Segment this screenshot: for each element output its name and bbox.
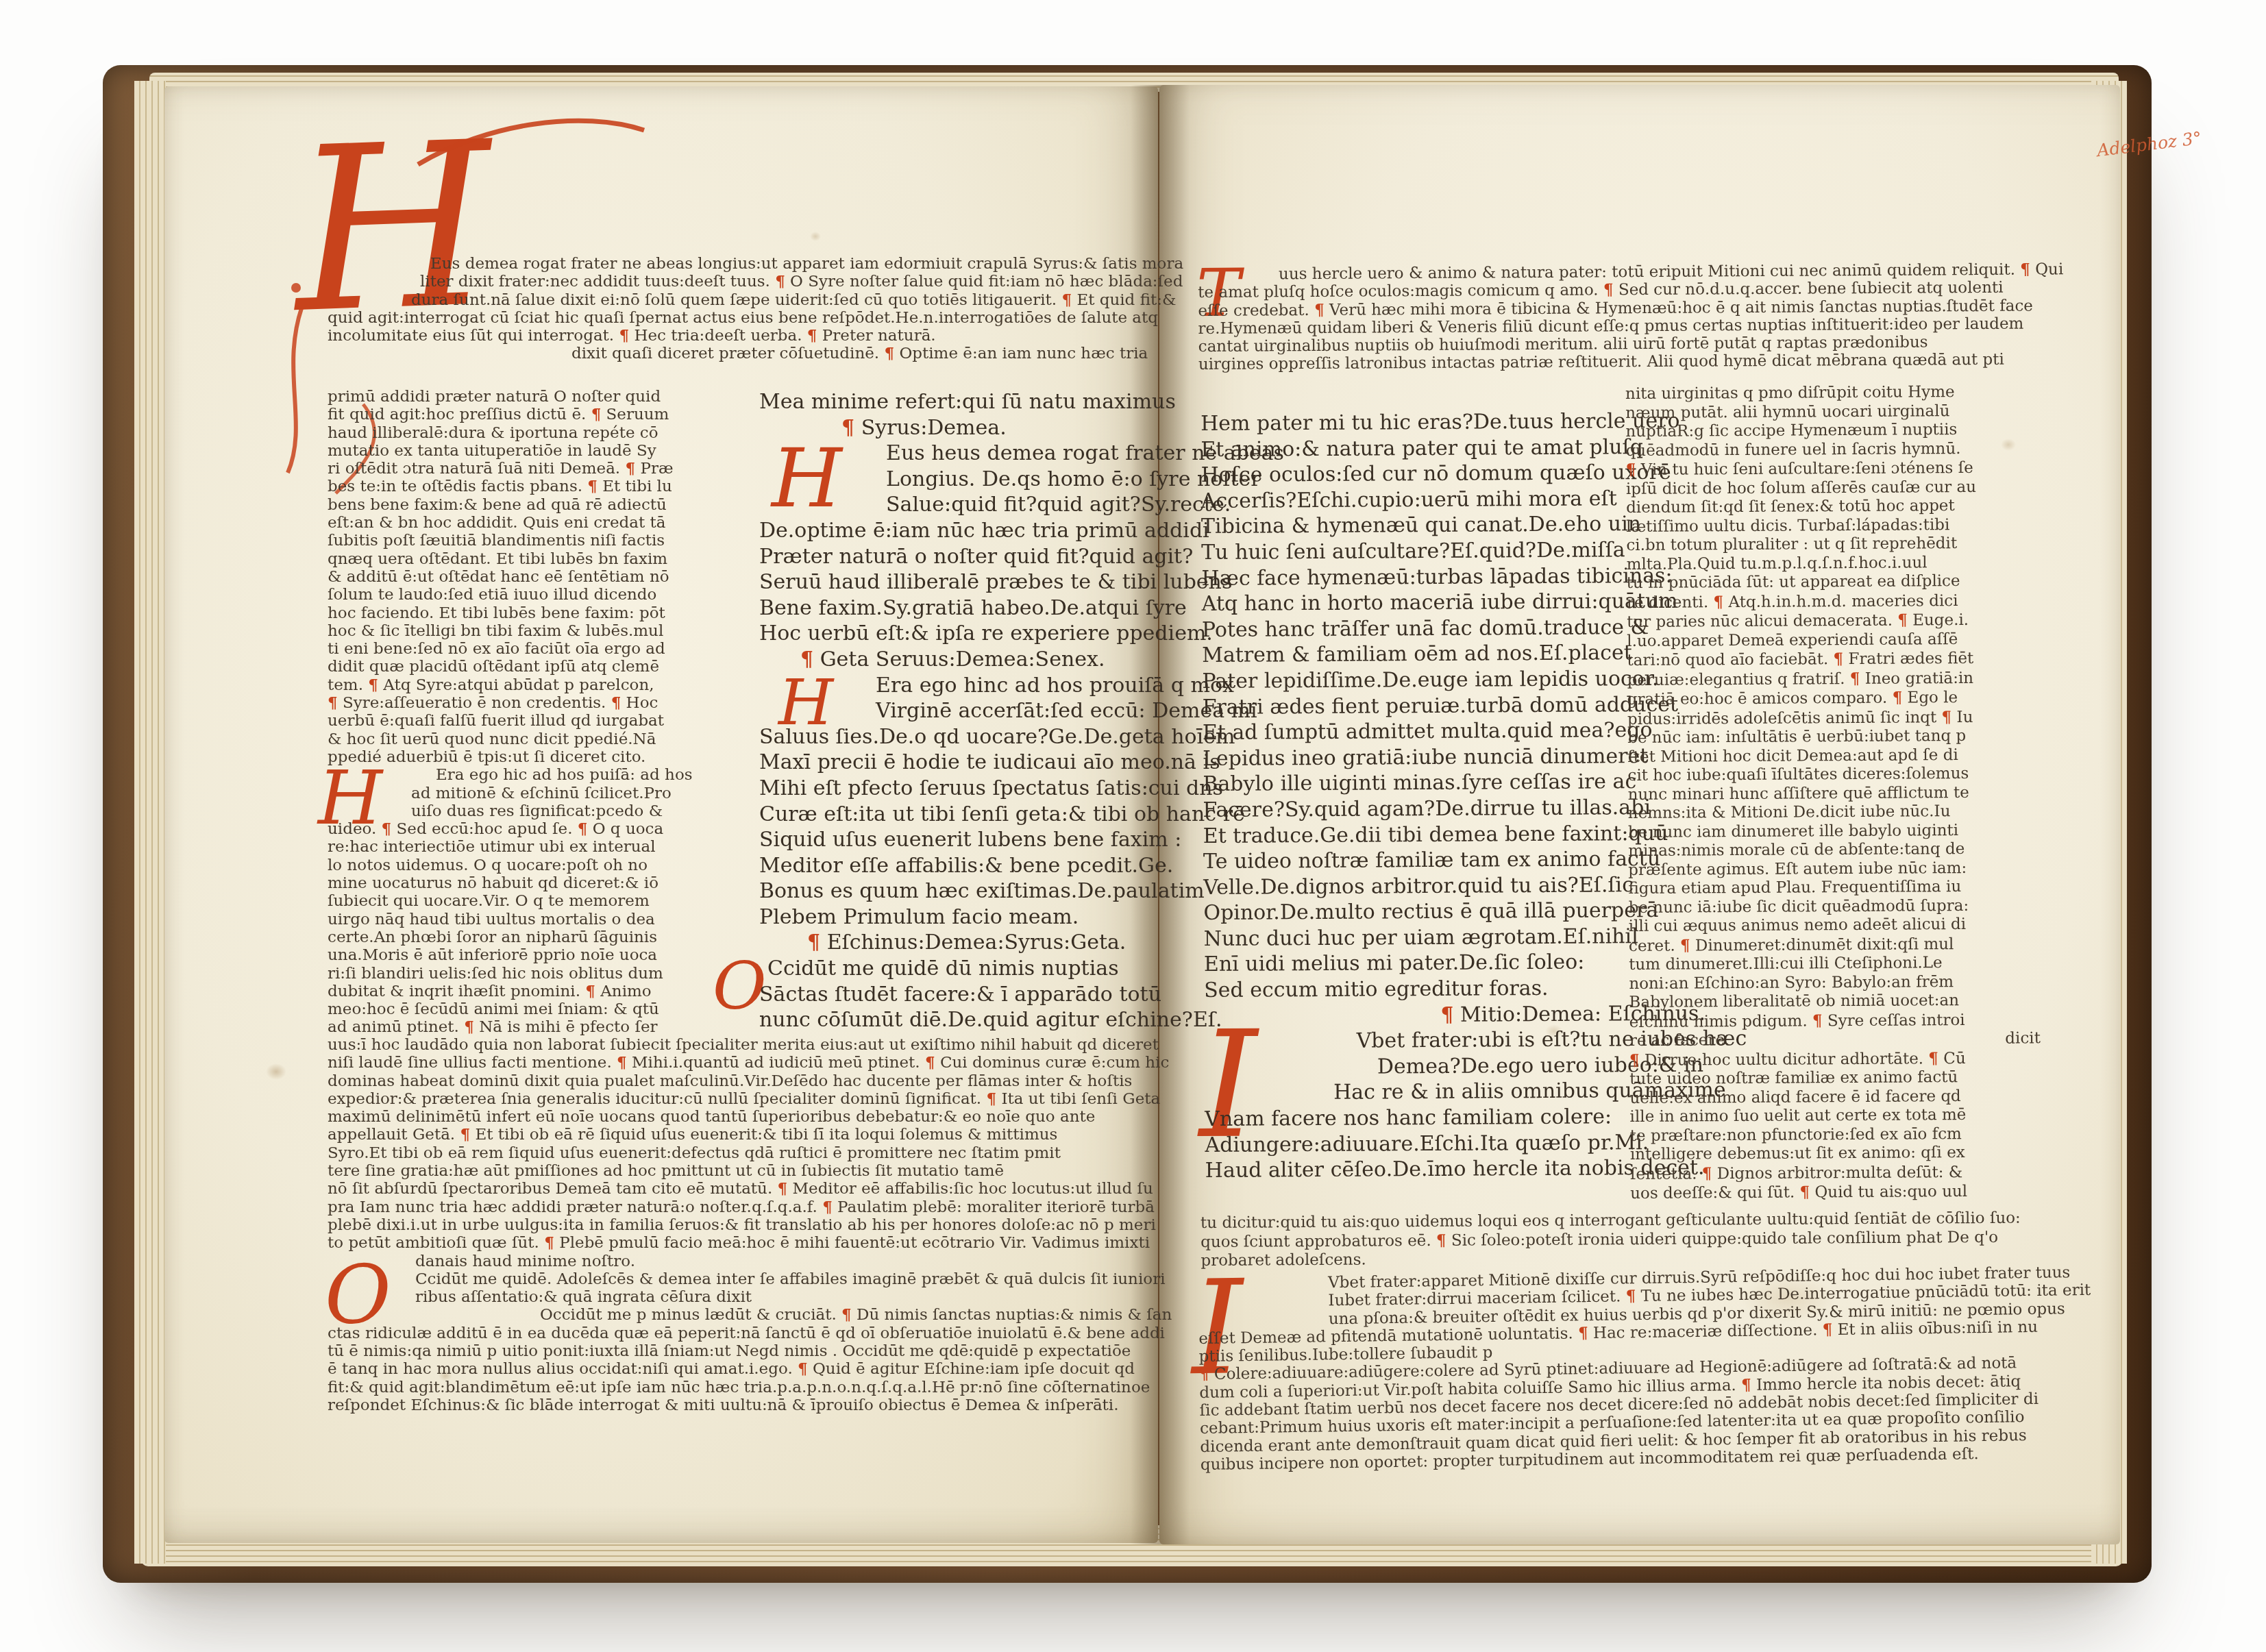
right-inter-commentary: tu dicitur:quid tu ais:quo uidemus loqui… — [1200, 1209, 2036, 1270]
text-line: uos deeſſe:& qui ſūt. ¶ Quid tu ais:quo … — [1630, 1181, 2041, 1203]
text-line: Era ego hinc ad hos prouiſā q moxH — [759, 673, 1155, 699]
text-line: tu in pnūciāda ſūt: ut appareat ea diſpl… — [1627, 571, 2038, 593]
text-line: appellauit Getā. ¶ Et tibi ob eā rē ſiqu… — [328, 1126, 1150, 1144]
foxing-spot — [266, 1063, 286, 1080]
text-line: Matrem & familiam oēm ad nos.Eſ.placet — [1202, 641, 1620, 669]
text-line: be nunc iā:iube ſic dicit quēadmodū ſupr… — [1629, 896, 2040, 917]
text-line: intelligere debemus:ut ſit ex animo: qſi… — [1630, 1143, 2041, 1164]
text-line: Fratri ædes fient peruiæ.turbā domū addu… — [1203, 692, 1621, 720]
text-line: Hæc face hymenæū:turbas lāpadas tibicina… — [1201, 563, 1619, 591]
pilcrow-rubric: ¶ — [778, 1179, 788, 1198]
text-line: Lepidus ineo gratiā:iube nunciā dinumere… — [1203, 743, 1621, 772]
text-line: Pater lepidiſſime.De.euge iam lepidis uo… — [1202, 666, 1620, 694]
text-line: Meditor eſſe affabilis:& bene pcedit.Ge. — [759, 853, 1155, 879]
right-commentary-column: nita uirginitas q pmo diſrūpit coitu Hym… — [1625, 382, 2041, 1203]
text-line: bens bene faxim:& bene ad quā rē adiectū — [328, 496, 751, 514]
text-line: didit quæ placidū oſtēdant ipſū atq clem… — [328, 658, 751, 676]
text-line: Era ego hic ad hos puiſā: ad hosH — [328, 766, 751, 784]
text-line: Atq hanc in horto maceriā iube dirrui:qu… — [1202, 589, 1620, 617]
text-line: Hoſce oculos:ſed cur nō domum quæſo uxor… — [1200, 460, 1618, 488]
text-line: bes te:in te oſtēdis factis pbans. ¶ Et … — [328, 478, 751, 495]
text-line: tere ſine gratia:hæ aūt pmiſſiones ad ho… — [328, 1162, 1150, 1180]
pilcrow-rubric: ¶ — [1893, 689, 1903, 707]
text-line: illi cui æquus animus nemo adeēt alicui … — [1629, 915, 2040, 936]
text-line: Plebem Primulum facio meam. — [759, 904, 1155, 930]
text-line: hoc faciendo. Et tibi lubēs bene faxim: … — [328, 604, 751, 622]
text-line: to petūt ambitioſi quæ ſūt. ¶ Plebē pmul… — [328, 1234, 1150, 1252]
text-line: dubitat & inqrit ihæſit pnomini. ¶ Animo — [328, 983, 751, 1000]
text-line: dicitre ac facere. — [1629, 1029, 2041, 1050]
text-line: uus:ī hoc laudādo quia non laborat ſubie… — [328, 1036, 1150, 1054]
text-line: Hem pater mi tu hic eras?De.tuus hercle … — [1200, 408, 1618, 436]
text-line: Curæ eſt:ita ut tibi ſenſi geta:& tibi o… — [759, 802, 1155, 828]
text-line: quēadmodū in funere uel in ſacris hymnū. — [1626, 439, 2037, 460]
text-line: figura etiam apud Plau. Frequentiſſima i… — [1628, 877, 2039, 898]
text-line: certe.An phœbi ſoror an nipharū ſāguinis — [328, 928, 751, 946]
text-line: tū ē nimis:qa nimiū p uitio ponit:iuxta … — [328, 1342, 1150, 1360]
pilcrow-rubric: ¶ — [617, 1053, 627, 1072]
pilcrow-rubric: ¶ — [1928, 1049, 1938, 1068]
text-line: noni:an Eſchino:an Syro: Babylo:an frēm — [1629, 972, 2040, 994]
left-commentary-column: primū addidi præter naturā O noſter quid… — [328, 388, 751, 1037]
text-line: tum dinumeret.Illi:cui illi Cteſiphoni.L… — [1629, 953, 2040, 974]
text-line: maximū delinimētū infert eū noīe uocans … — [328, 1108, 1150, 1126]
pilcrow-rubric: ¶ — [1436, 1231, 1446, 1250]
text-line: ſentētia. ¶ Dignos arbitror:multa deſūt:… — [1630, 1162, 2041, 1184]
pilcrow-rubric: ¶ — [1578, 1324, 1588, 1342]
text-line: eſchinú nimis pdigum. ¶ Syre ceſſas intr… — [1629, 1010, 2041, 1032]
text-line: be nunc iam dinumeret ille babylo uigint… — [1628, 821, 2039, 842]
pilcrow-rubric: ¶ — [611, 693, 621, 712]
pilcrow-rubric: ¶ — [841, 416, 854, 440]
text-line: tari:nō quod aīo faciebāt. ¶ Fratri ædes… — [1627, 648, 2038, 670]
text-line: tem. ¶ Atq Syre:atqui abūdat p parelcon, — [328, 676, 751, 694]
text-line: Vnam facere nos hanc familiam colere: — [1205, 1104, 1623, 1132]
pilcrow-rubric: ¶ — [1629, 1050, 1640, 1069]
text-line: quid agit:interrogat cū ſciat hic quaſi … — [328, 309, 1150, 327]
text-line: ſubitis poſt ſæuitiā blandimentis niſi f… — [328, 532, 751, 550]
text-line: Enī uidi melius mi pater.De.ſic ſoleo: — [1204, 950, 1622, 978]
text-line: hoc & ſic ītelligi bn tibi faxim & lubēs… — [328, 622, 751, 640]
text-line: haud illiberalē:dura & iportuna repéte c… — [328, 424, 751, 442]
pilcrow-rubric: ¶ — [1822, 1320, 1832, 1339]
text-line: cit hoc iube:quaſi īſultātes diceres:ſol… — [1627, 764, 2039, 785]
text-line: uirgo nāq haud tibi uultus mortalis o de… — [328, 911, 751, 928]
text-line: Tu huic ſeni auſcultare?Eſ.quid?De.miſſa — [1201, 537, 1619, 565]
text-line: nō ſit abſurdū ſpectaroribus Demeā tam c… — [328, 1180, 1150, 1198]
text-line: ſtet Mitioni hoc dicit Demea:aut apd ſe … — [1627, 745, 2039, 767]
text-line: Hoc uerbū eſt:& ipſa re experiere ppedie… — [759, 621, 1155, 647]
text-line: meo:hoc ē ſecūdū animi mei ſniam: & qtū — [328, 1000, 751, 1018]
text-line: Eus heus demea rogat frater ne abeasH — [759, 441, 1155, 467]
pilcrow-rubric: ¶ — [1314, 300, 1325, 319]
text-line: ¶ Mitio:Demea: Eſchinus. — [1204, 1001, 1622, 1029]
text-line: dixit quaſi diceret præter cōſuetudinē. … — [328, 345, 1150, 362]
text-line: Saluus ſies.De.o qd uocare?Ge.De.geta ho… — [759, 724, 1155, 750]
text-line: tute uideo noſtræ familiæ ex animo factū — [1629, 1068, 2041, 1089]
text-line: Ccidūt me quidē dū nimis nuptiasO — [759, 956, 1155, 982]
pilcrow-rubric: ¶ — [884, 344, 894, 362]
pilcrow-rubric: ¶ — [619, 326, 630, 345]
text-line: reſpondet Eſchinus:& ſic blāde interroga… — [328, 1396, 1150, 1414]
foxing-spot — [810, 232, 821, 241]
pilcrow-rubric: ¶ — [2020, 260, 2030, 279]
text-line: & hoc ſit uerū quod nunc dicit ppedié.Nā — [328, 730, 751, 748]
text-line: Nunc duci huc per uiam ægrotam.Eſ.nihil — [1204, 924, 1622, 952]
text-line: ti eni bene:ſed nō ex aīo faciūt oīa erg… — [328, 640, 751, 658]
pilcrow-rubric: ¶ — [775, 272, 785, 291]
text-line: Accerſis?Eſchi.cupio:uerū mihi mora eſt — [1201, 486, 1619, 514]
text-line: Potes hanc trāſfer unā fac domū.traduce … — [1202, 615, 1620, 643]
left-intro-commentary: Eus demea rogat frater ne abeas longius:… — [328, 255, 1150, 363]
text-line: fit:& quid agit:blandimētum eē:ut ipſe i… — [328, 1379, 1150, 1396]
pilcrow-rubric: ¶ — [807, 930, 820, 954]
text-line: lætiſſimo uultu dicis. Turbaſ:lápadas:ti… — [1626, 515, 2037, 537]
text-line: tur paries nūc alicui demacerata. ¶ Euge… — [1627, 610, 2038, 632]
text-line: nunc minari hunc aſſiſtere quē afflictum… — [1628, 783, 2039, 804]
text-line: Haud aliter cēſeo.De.īmo hercle ita nobi… — [1205, 1155, 1623, 1183]
pilcrow-rubric: ¶ — [1626, 460, 1636, 479]
text-line: ſubiecit qui uocare.Vir. O q te memorem — [328, 892, 751, 910]
text-line: Sed eccum mitio egreditur foras. — [1204, 975, 1622, 1003]
text-line: uiſo duas res ſignificat:pcedo & — [328, 802, 751, 820]
pilcrow-rubric: ¶ — [822, 1198, 833, 1216]
text-line: re dicenti. ¶ Atq.h.in.h.m.d. maceries d… — [1627, 591, 2038, 613]
text-line: mlta.Pla.Quid tu.m.p.l.q.ſ.n.f.hoc.i.uul — [1627, 553, 2038, 574]
text-line: ē tanq in hac mora nullus alius occidat:… — [328, 1360, 1150, 1378]
text-line: ipſū dicit de hoc ſolum aſſerēs cauſæ cu… — [1626, 478, 2037, 499]
text-line: Adiungere:adiuuare.Eſchi.Ita quæſo pr.Mi… — [1205, 1130, 1623, 1158]
text-line: & additū ē:ut oſtēdat hanc eē ſentētiam … — [328, 568, 751, 586]
pilcrow-rubric: ¶ — [328, 693, 338, 712]
text-line: Seruū haud illiberalē præbes te & tibi l… — [759, 569, 1155, 595]
pilcrow-rubric: ¶ — [1199, 1365, 1209, 1383]
text-line: Ccidūt me quidē. Adoleſcēs & demea inter… — [328, 1270, 1150, 1288]
text-line: ¶ Dirrue:hoc uultu dicitur adhortāte. ¶ … — [1629, 1048, 2041, 1070]
text-line: Et animo:& natura pater qui te amat pluſ… — [1200, 434, 1618, 463]
right-bottom-commentary: Vbet frater:apparet Mitionē dixiſſe cur … — [1198, 1264, 2040, 1474]
pilcrow-rubric: ¶ — [544, 1233, 554, 1252]
text-line: Eus demea rogat frater ne abeas longius:… — [328, 255, 1150, 273]
text-line: Opinor.De.multo rectius ē quā illā puerp… — [1203, 898, 1621, 926]
text-line: danais haud minime noſtro. — [328, 1253, 1150, 1270]
pilcrow-rubric: ¶ — [1061, 291, 1072, 309]
text-line: Longius. De.qs homo ē:o ſyre noſter — [759, 467, 1155, 493]
text-line: minas:nimis morale cū de abſente:tanq de — [1628, 839, 2039, 861]
pilcrow-rubric: ¶ — [1741, 1376, 1751, 1394]
pilcrow-rubric: ¶ — [1625, 1287, 1636, 1305]
text-line: Siquid uſus euenerit lubens bene faxim : — [759, 827, 1155, 853]
text-line: ci.bn totum pluraliter : ut q ſit repreh… — [1626, 534, 2037, 555]
text-line: primū addidi præter naturā O noſter quid — [328, 388, 751, 406]
text-line: Maxī precii ē hodie te iudicaui aīo meo.… — [759, 750, 1155, 776]
text-line: Virginē accerſāt:ſed eccū: Demea mi — [759, 698, 1155, 724]
rubricated-initial-O: O — [713, 953, 767, 1019]
pilcrow-rubric: ¶ — [1850, 669, 1860, 687]
text-line: Sāctas ſtudēt facere:& ī apparādo totū — [759, 982, 1155, 1008]
text-line: Syro.Et tibi ob eā rem ſiquid uſus euene… — [328, 1144, 1150, 1162]
pilcrow-rubric: ¶ — [587, 477, 598, 495]
text-line: una.Moris ē aūt inferiorē pprio noīe uoc… — [328, 946, 751, 964]
text-line: Occidūt me p minus lædūt & cruciāt. ¶ Dū… — [328, 1306, 1150, 1324]
text-line: ppedié aduerbiū ē tpis:ut ſi diceret cit… — [328, 748, 751, 766]
pilcrow-rubric: ¶ — [382, 819, 392, 838]
pilcrow-rubric: ¶ — [925, 1053, 935, 1072]
text-line: lo notos uidemus. O q uocare:poſt oh no — [328, 856, 751, 874]
text-line: ad mitionē & eſchinū ſcilicet.Pro — [328, 785, 751, 802]
text-line: Te uideo noſtræ familiæ tam ex animo fac… — [1203, 846, 1621, 874]
text-line: Salue:quid fit?quid agit?Sy.recte. — [759, 492, 1155, 518]
text-line: Vbet frater:ubi is eſt?tu ne iubes hæcI — [1205, 1027, 1623, 1055]
text-line: ¶ Vin tu huic ſeni auſcultare:ſeni ɔténe… — [1626, 458, 2037, 480]
text-line: ¶ Syre:aſſeueratio ē non credentis. ¶ Ho… — [328, 694, 751, 712]
text-line: qnæq uera oſtēdant. Et tibi lubēs bn fax… — [328, 550, 751, 568]
text-line: Mea minime refert:qui ſū natu maximus — [759, 389, 1155, 415]
text-line: be nūc iam: inſultātis ē uerbū:iubet tan… — [1627, 726, 2039, 748]
pilcrow-rubric: ¶ — [798, 1359, 808, 1378]
pilcrow-rubric: ¶ — [585, 982, 595, 1000]
pilcrow-rubric: ¶ — [1812, 1011, 1823, 1030]
page-stack-edge-left — [134, 81, 166, 1564]
text-line: De.optime ē:iam nūc hæc tria primū addid… — [759, 518, 1155, 544]
pilcrow-rubric: ¶ — [1897, 611, 1908, 629]
text-line: nemns:ita & Mitioni De.dicit iube nūc.Iu — [1628, 802, 2039, 823]
text-line: Babylonem liberalitatē ob nimiā uocet:an — [1629, 991, 2040, 1012]
text-line: dominas habeat dominū dixit quia pualet … — [328, 1072, 1150, 1090]
pilcrow-rubric: ¶ — [368, 676, 378, 694]
text-line: uelle:ex animo aliqd facere ē id facere … — [1629, 1087, 2041, 1108]
text-line: nuptiaR:g ſic accipe Hymenæum ī nuptiis — [1625, 420, 2036, 441]
text-line: Facere?Sy.quid agam?De.dirrue tu illas.a… — [1203, 795, 1621, 823]
text-line: expedior:& præterea ſnia generalis iduci… — [328, 1090, 1150, 1108]
right-play-text-column: Hem pater mi tu hic eras?De.tuus hercle … — [1200, 408, 1623, 1184]
text-line: gratiā eo:hoc ē amicos comparo. ¶ Ego le — [1627, 687, 2039, 709]
text-line: Præter naturā o noſter quid fit?quid agi… — [759, 544, 1155, 570]
text-line: nunc cōſumūt diē.De.quid agitur eſchine?… — [759, 1007, 1155, 1033]
pilcrow-rubric: ¶ — [460, 1125, 470, 1144]
text-line: Bonus es quum hæc exiſtimas.De.paulatim — [759, 878, 1155, 904]
text-line: incolumitate eius ſūt qui interrogat. ¶ … — [328, 327, 1150, 345]
text-line: uideo. ¶ Sed eccū:hoc apud ſe. ¶ O q uoc… — [328, 820, 751, 838]
text-line: liter dixit frater:nec addidit tuus:deeſ… — [328, 273, 1150, 291]
pilcrow-rubric: ¶ — [1713, 593, 1723, 611]
pilcrow-rubric: ¶ — [464, 1018, 474, 1036]
text-line: diendum ſit:qd ſit ſenex:& totū hoc appe… — [1626, 496, 2037, 517]
text-line: Mihi eſt pfecto ſeruus ſpectatus ſatis:c… — [759, 776, 1155, 802]
text-line: fit quid agit:hoc preſſius dictū ē. ¶ Se… — [328, 406, 751, 423]
text-line: plebē dixi.i.ut in urbe uulgus:ita in fa… — [328, 1216, 1150, 1234]
pilcrow-rubric: ¶ — [1941, 708, 1951, 726]
text-line: nita uirginitas q pmo diſrūpit coitu Hym… — [1625, 382, 2036, 404]
text-line: peruiæ:elegantius q fratriſ. ¶ Ineo grat… — [1627, 668, 2039, 690]
photo-of-open-incunable: Adelphoz 3° H Eus demea rogat frater ne … — [0, 0, 2266, 1652]
pilcrow-rubric: ¶ — [1603, 281, 1614, 299]
text-line: dura ſunt.nā ſalue dixit ei:nō ſolū quem… — [328, 291, 1150, 309]
text-line: Velle.De.dignos arbitror.quid tu ais?Eſ.… — [1203, 872, 1621, 900]
left-lower-commentary: uus:ī hoc laudādo quia non laborat ſubie… — [328, 1036, 1150, 1414]
pilcrow-rubric: ¶ — [1799, 1183, 1810, 1201]
pilcrow-rubric: ¶ — [578, 819, 588, 838]
text-line: præſente agimus. Eſt autem iube nūc iam: — [1628, 859, 2039, 880]
pilcrow-rubric: ¶ — [987, 1089, 997, 1108]
pilcrow-rubric: ¶ — [1702, 1164, 1712, 1183]
text-line: ſolum te laudo:ſed etiā iuuo illud dicen… — [328, 586, 751, 604]
text-line: pidus:irridēs adoleſcētis animū ſic inqt… — [1627, 707, 2039, 729]
left-play-text-column: Mea minime refert:qui ſū natu maximus¶ S… — [759, 389, 1155, 1033]
pilcrow-rubric: ¶ — [841, 1305, 852, 1324]
text-line: mine uocaturus nō habuit qd diceret:& iō — [328, 874, 751, 892]
pilcrow-rubric: ¶ — [625, 459, 635, 478]
text-line: re:hac interiectiōe utimur ubi ex interu… — [328, 838, 751, 856]
text-line: Demea?De.ego uero iubeo:& in — [1205, 1052, 1623, 1081]
text-line: te præſtare:non pfunctorie:ſed ex aīo fc… — [1630, 1124, 2041, 1146]
text-line: pra Iam nunc tria hæc addidi præter natu… — [328, 1198, 1150, 1216]
text-line: mutatio ex tanta uituperatiōe in laudē S… — [328, 442, 751, 460]
pilcrow-rubric: ¶ — [1680, 936, 1690, 954]
text-line: Et ad ſumptū admittet multa.quid mea?ego — [1203, 717, 1621, 745]
text-line: ceret. ¶ Dinumeret:dinumēt dixit:qſi mul — [1629, 934, 2040, 956]
text-line: ad animū ptinet. ¶ Nā is mihi ē pfecto ſ… — [328, 1018, 751, 1036]
text-line: Babylo ille uiginti minas.ſyre ceſſas ir… — [1203, 769, 1621, 798]
text-line: Hac re & in aliis omnibus quāmaxime — [1205, 1078, 1623, 1107]
text-line: ¶ Eſchinus:Demea:Syrus:Geta. — [759, 930, 1155, 956]
text-line: næum putāt. alii hymnū uocari uirginalū — [1625, 402, 2036, 423]
pilcrow-rubric: ¶ — [1440, 1002, 1453, 1026]
text-line: ri oſtēdit ɔtra naturā ſuā niti Demeā. ¶… — [328, 460, 751, 478]
text-line: niſi laudē ſine ullius facti mentione. ¶… — [328, 1054, 1150, 1072]
pilcrow-rubric: ¶ — [1833, 650, 1843, 668]
pilcrow-rubric: ¶ — [591, 405, 602, 423]
text-line: ille in animo ſuo uelit aut certe ex tot… — [1629, 1105, 2041, 1126]
text-line: l.uo.apparet Demeā experiendi cauſa aſſē — [1627, 630, 2038, 651]
right-aligned-word: dicit — [2005, 1029, 2041, 1048]
text-line: ribus aſſentatio:& quā ingrata cēſura di… — [328, 1288, 1150, 1306]
text-line: ri:ſi blandiri uelis:ſed hic nois oblitu… — [328, 965, 751, 983]
text-line: Tibicina & hymenæū qui canat.De.eho uin — [1201, 512, 1619, 540]
text-line: Et traduce.Ge.dii tibi demea bene faxint… — [1203, 821, 1621, 849]
text-line: uerbū ē:quaſi falſū fuerit illud qd iurg… — [328, 712, 751, 730]
text-line: Bene faxim.Sy.gratiā habeo.De.atqui ſyre — [759, 595, 1155, 621]
text-line: ctas ridiculæ additū ē in ea ducēda quæ … — [328, 1324, 1150, 1342]
text-line: eſt:an & bn hoc addidit. Quis eni credat… — [328, 514, 751, 532]
pilcrow-rubric: ¶ — [807, 326, 817, 345]
right-top-commentary: uus hercle uero & animo & natura pater: … — [1198, 261, 2034, 374]
